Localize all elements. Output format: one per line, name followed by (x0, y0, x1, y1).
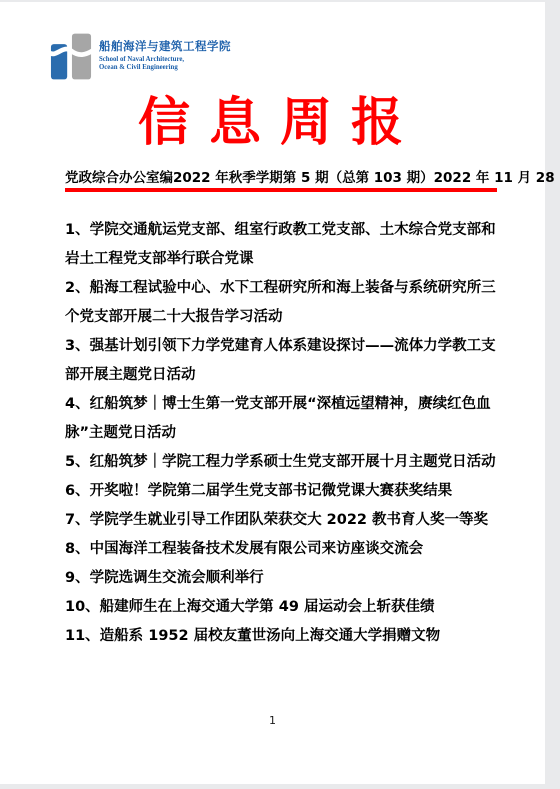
toc-item-10: 10、船建师生在上海交通大学第 49 届运动会上斩获佳绩 (65, 593, 499, 622)
toc-item-7: 7、学院学生就业引导工作团队荣获交大 2022 教书育人奖一等奖 (65, 506, 499, 535)
toc-item-2: 2、船海工程试验中心、水下工程研究所和海上装备与系统研究所三个党支部开展二十大报… (65, 274, 499, 332)
editor-label: 党政综合办公室编 (65, 166, 173, 186)
toc-item-8: 8、中国海洋工程装备技术发展有限公司来访座谈交流会 (65, 535, 499, 564)
toc-item-5: 5、红船筑梦｜学院工程力学系硕士生党支部开展十月主题党日活动 (65, 448, 499, 477)
toc-item-6: 6、开奖啦！学院第二届学生党支部书记微党课大赛获奖结果 (65, 477, 499, 506)
toc-item-4: 4、红船筑梦｜博士生第一党支部开展“深植远望精神，赓续红色血脉”主题党日活动 (65, 390, 499, 448)
document-page: 船舶海洋与建筑工程学院 School of Naval Architecture… (0, 2, 545, 784)
toc-item-1: 1、学院交通航运党支部、组室行政教工党支部、土木综合党支部和岩土工程党支部举行联… (65, 216, 499, 274)
school-logo: 船舶海洋与建筑工程学院 School of Naval Architecture… (50, 33, 231, 80)
school-logo-icon (50, 33, 92, 80)
red-divider-rule (65, 188, 497, 192)
toc-item-3: 3、强基计划引领下力学党建育人体系建设探讨——流体力学教工支部开展主题党日活动 (65, 332, 499, 390)
newsletter-title: 信息周报 (138, 94, 422, 151)
school-name-en-line2: Ocean & Civil Engineering (99, 64, 231, 73)
toc-list: 1、学院交通航运党支部、组室行政教工党支部、土木综合党支部和岩土工程党支部举行联… (65, 216, 499, 651)
school-name-en: School of Naval Architecture, Ocean & Ci… (99, 56, 231, 74)
issue-meta-line: 党政综合办公室编 2022 年秋季学期第 5 期（总第 103 期）2022 年… (65, 166, 497, 186)
school-logo-text: 船舶海洋与建筑工程学院 School of Naval Architecture… (99, 33, 231, 73)
school-name-en-line1: School of Naval Architecture, (99, 56, 231, 65)
toc-item-9: 9、学院选调生交流会顺利举行 (65, 564, 499, 593)
toc-item-11: 11、造船系 1952 届校友董世汤向上海交通大学捐赠文物 (65, 622, 499, 651)
page-number: 1 (0, 714, 545, 727)
issue-date-label: 2022 年秋季学期第 5 期（总第 103 期）2022 年 11 月 28 … (173, 166, 560, 186)
school-name-cn: 船舶海洋与建筑工程学院 (99, 40, 231, 53)
